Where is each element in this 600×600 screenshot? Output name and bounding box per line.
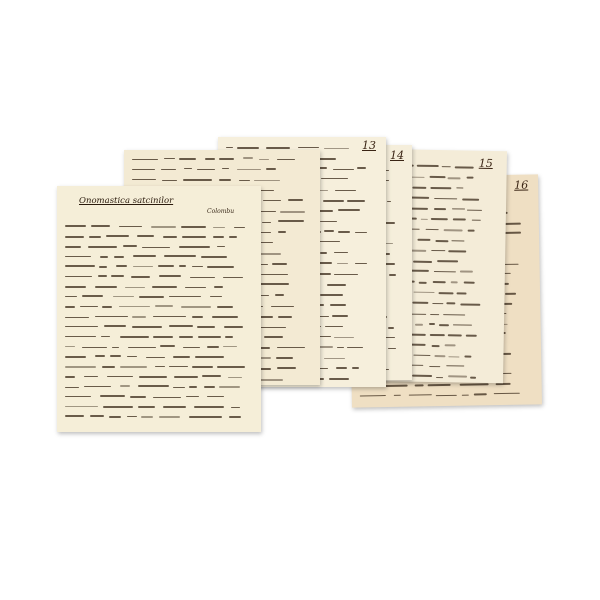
ink-stroke [65,246,81,248]
ink-stroke [414,354,431,356]
ink-stroke [471,219,481,221]
ink-stroke [65,396,91,398]
ink-stroke [127,416,137,418]
ink-stroke [164,255,195,257]
ink-stroke [192,316,204,318]
ink-stroke [266,147,290,149]
ink-stroke [65,256,91,258]
ink-stroke [197,169,214,171]
ink-stroke [222,168,230,170]
ink-stroke [410,176,425,178]
ink-stroke [355,263,367,265]
ink-stroke [219,179,231,181]
ink-stroke [163,406,186,408]
ink-stroke [65,376,75,378]
ink-stroke [470,377,476,379]
ink-stroke [450,281,457,283]
ink-stroke [448,376,467,378]
ink-stroke [142,247,170,249]
ink-stroke [116,265,127,267]
ink-stroke [138,406,155,408]
ink-stroke [119,306,151,308]
ink-stroke [333,169,353,171]
ink-stroke [332,315,348,317]
ink-stroke [272,263,287,265]
ink-stroke [91,225,110,227]
ink-stroke [179,265,187,267]
ink-stroke [288,199,303,201]
ink-stroke [120,385,130,387]
ink-stroke [417,165,438,167]
ink-stroke [229,236,238,238]
ink-stroke [192,366,213,368]
ink-stroke [384,385,408,387]
ink-stroke [412,375,432,377]
ink-stroke [262,222,271,224]
ink-stroke [146,357,166,359]
ink-stroke [130,396,146,398]
ink-stroke [106,235,128,237]
ink-stroke [327,284,346,286]
ink-stroke [447,365,465,367]
ink-stroke [65,225,86,227]
ink-stroke [120,366,147,368]
ink-stroke [65,415,84,417]
ink-stroke [138,385,169,387]
ink-stroke [103,406,133,408]
ink-stroke [207,346,218,348]
ink-stroke [428,384,451,386]
ink-stroke [213,236,224,238]
ink-stroke [219,158,235,160]
ink-stroke [319,190,328,192]
ink-stroke [114,256,124,258]
ink-stroke [192,266,203,268]
ink-stroke [207,266,235,268]
ink-stroke [195,356,223,358]
ink-stroke [173,387,185,389]
ink-stroke [434,198,457,200]
ink-stroke [452,208,465,210]
ink-stroke [102,306,111,308]
ink-stroke [335,190,356,192]
ink-stroke [179,246,209,248]
ink-stroke [82,295,104,297]
ink-stroke [159,416,180,418]
ink-stroke [455,166,473,168]
ink-stroke [323,200,344,202]
ink-stroke [119,226,142,228]
ink-stroke [65,326,98,328]
ink-stroke [65,276,92,278]
ink-stroke [325,326,344,328]
ink-stroke [132,159,158,161]
ink-stroke [182,236,206,238]
ink-stroke [430,176,445,178]
ink-stroke [65,406,98,408]
ink-stroke [449,251,467,253]
ink-stroke [184,168,191,170]
ink-stroke [155,366,164,368]
ink-stroke [261,274,288,276]
ink-stroke [321,178,348,180]
ink-stroke [320,252,327,254]
ink-stroke [113,296,134,298]
ink-stroke [183,347,200,349]
ink-stroke [433,303,444,305]
ink-stroke [132,169,155,171]
ink-stroke [277,367,296,369]
ink-stroke [277,347,305,349]
ink-stroke [197,326,215,328]
ink-stroke [181,226,206,228]
ink-stroke [505,293,515,295]
ink-stroke [212,316,238,318]
ink-stroke [467,230,474,232]
ink-stroke [109,416,121,418]
ink-stroke [98,275,108,277]
ink-stroke [425,228,438,230]
ink-stroke [448,335,461,337]
ink-stroke [210,296,222,298]
ink-stroke [360,395,386,397]
ink-stroke [460,304,480,306]
ink-stroke [337,263,348,265]
ink-stroke [430,365,441,367]
ink-stroke [189,386,197,388]
ink-stroke [444,229,463,231]
ink-stroke [224,326,244,328]
ink-stroke [65,317,89,319]
ink-stroke [320,221,337,223]
ink-stroke [163,236,177,238]
ink-stroke [153,397,181,399]
ink-stroke [179,336,193,338]
ink-stroke [161,169,176,171]
ink-stroke [438,260,458,262]
ink-stroke [207,396,224,398]
ink-stroke [84,376,98,378]
ink-stroke [336,367,347,369]
ink-stroke [237,147,258,149]
ink-stroke [84,386,111,388]
ink-stroke [412,187,426,189]
ink-stroke [258,327,286,329]
ink-stroke [464,281,476,283]
ink-stroke [169,366,189,368]
ink-stroke [334,274,358,276]
ink-stroke [432,345,440,347]
ink-stroke [101,336,110,338]
ink-stroke [394,394,401,396]
ink-stroke [324,230,334,232]
ink-stroke [432,281,445,283]
ink-stroke [65,346,75,348]
ink-stroke [278,316,292,318]
ink-stroke [111,275,124,277]
ink-stroke [82,347,107,349]
ink-stroke [179,158,197,160]
ink-stroke [217,246,225,248]
ink-stroke [228,377,242,379]
ink-stroke [104,325,126,327]
ink-stroke [231,407,240,409]
ink-stroke [276,357,294,359]
ink-stroke [448,356,459,358]
ink-stroke [162,180,177,182]
ink-stroke [132,179,156,181]
ink-stroke [226,147,233,149]
ink-stroke [430,187,451,189]
ink-stroke [198,336,221,338]
ink-stroke [357,167,366,169]
ink-stroke [90,415,104,417]
ink-stroke [89,236,101,238]
ink-stroke [410,334,426,336]
ink-stroke [183,179,211,181]
ink-stroke [461,394,468,396]
ink-stroke [453,324,471,326]
ink-stroke [243,157,253,159]
ink-stroke [324,358,344,360]
ink-stroke [271,306,294,308]
ink-stroke [434,271,457,273]
ink-stroke [411,208,428,210]
ink-stroke [462,199,480,201]
ink-stroke [131,276,150,278]
handwritten-text [65,186,255,432]
ink-stroke [100,395,125,397]
ink-stroke [141,416,153,418]
ink-stroke [189,416,222,418]
ink-stroke [99,266,107,268]
ink-stroke [414,385,424,387]
ink-stroke [102,366,116,368]
ink-stroke [132,326,162,328]
ink-stroke [431,218,448,220]
ink-stroke [169,325,193,327]
ink-stroke [259,159,269,161]
ink-stroke [436,240,449,242]
ink-stroke [254,180,279,182]
ink-stroke [436,394,457,396]
ink-stroke [132,316,145,318]
ink-stroke [234,227,245,229]
ink-stroke [173,356,190,358]
ink-stroke [169,296,201,298]
ink-stroke [434,355,445,357]
ink-stroke [438,292,453,294]
ink-stroke [159,275,181,277]
ink-stroke [125,287,144,289]
ink-stroke [444,345,456,347]
ink-stroke [139,376,168,378]
ink-stroke [466,335,477,337]
ink-stroke [123,245,137,247]
ink-stroke [65,356,86,358]
ink-stroke [213,227,225,229]
ink-stroke [65,306,75,308]
ink-stroke [65,265,95,267]
ink-stroke [65,387,79,389]
ink-stroke [65,366,96,368]
ink-stroke [411,344,426,346]
ink-stroke [459,384,488,386]
ink-stroke [155,305,173,307]
ink-stroke [153,316,186,318]
ink-stroke [429,323,435,325]
ink-stroke [456,187,463,189]
ink-stroke [133,266,154,268]
ink-stroke [419,282,427,284]
ink-stroke [347,347,363,349]
ink-stroke [474,394,487,396]
ink-stroke [204,386,215,388]
ink-stroke [355,232,367,234]
ink-stroke [467,209,482,211]
ink-stroke [65,286,86,288]
ink-stroke [266,168,276,170]
manuscript-page-front: Onomastica satcinilor Colombu [57,186,261,432]
ink-stroke [389,274,395,276]
ink-stroke [413,261,432,263]
ink-stroke [453,218,466,220]
ink-stroke [494,392,519,394]
ink-stroke [436,377,444,379]
ink-stroke [430,334,445,336]
ink-stroke [467,177,473,179]
ink-stroke [95,355,105,357]
ink-stroke [432,250,446,252]
ink-stroke [446,303,455,305]
ink-stroke [205,158,215,160]
ink-stroke [460,271,473,273]
ink-stroke [164,158,174,160]
ink-stroke [201,256,227,258]
ink-stroke [107,376,133,378]
ink-stroke [352,367,359,369]
ink-stroke [65,236,84,238]
ink-stroke [190,277,215,279]
ink-stroke [95,286,117,288]
ink-stroke [430,314,439,316]
ink-stroke [338,231,350,233]
ink-stroke [277,159,294,161]
ink-stroke [415,324,423,326]
ink-stroke [100,256,108,258]
ink-stroke [320,294,343,296]
ink-stroke [65,336,96,338]
ink-stroke [275,294,284,296]
ink-stroke [434,208,446,210]
ink-stroke [278,231,286,233]
ink-stroke [502,372,511,374]
ink-stroke [174,376,197,378]
ink-stroke [217,366,246,368]
ink-stroke [329,378,349,380]
ink-stroke [160,345,176,347]
ink-stroke [442,166,450,168]
ink-stroke [120,336,149,338]
ink-stroke [448,177,461,179]
ink-stroke [185,287,206,289]
ink-stroke [412,302,429,304]
ink-stroke [158,265,173,267]
ink-stroke [127,356,137,358]
ink-stroke [278,220,303,222]
ink-stroke [337,347,343,349]
ink-stroke [186,396,198,398]
ink-stroke [95,316,128,318]
ink-stroke [280,211,305,213]
ink-stroke [237,169,261,171]
ink-stroke [65,296,77,298]
ink-stroke [152,286,177,288]
ink-stroke [451,240,464,242]
ink-stroke [128,347,156,349]
ink-stroke [181,306,211,308]
ink-stroke [388,327,394,329]
ink-stroke [137,235,154,237]
ink-stroke [258,283,288,285]
ink-stroke [338,209,360,211]
ink-stroke [421,219,428,221]
ink-stroke [88,246,118,248]
ink-stroke [214,286,223,288]
ink-stroke [347,200,364,202]
ink-stroke [388,348,396,350]
ink-stroke [217,306,234,308]
ink-stroke [417,239,430,241]
ink-stroke [330,304,345,306]
ink-stroke [151,226,176,228]
ink-stroke [153,336,173,338]
ink-stroke [112,347,120,349]
ink-stroke [223,346,237,348]
ink-stroke [194,406,224,408]
ink-stroke [334,337,354,339]
ink-stroke [223,277,243,279]
ink-stroke [439,324,450,326]
ink-stroke [443,314,466,316]
ink-stroke [133,255,156,257]
ink-stroke [219,386,240,388]
ink-stroke [465,356,472,358]
ink-stroke [334,252,348,254]
ink-stroke [263,200,281,202]
ink-stroke [80,306,98,308]
ink-stroke [324,148,349,150]
ink-stroke [409,394,432,396]
ink-stroke [202,375,222,377]
ink-stroke [413,291,434,293]
ink-stroke [239,180,250,182]
ink-stroke [139,296,164,298]
ink-stroke [110,355,122,357]
ink-stroke [298,147,319,149]
ink-stroke [456,293,466,295]
ink-stroke [264,336,284,338]
ink-stroke [229,416,240,418]
ink-stroke [387,201,391,203]
ink-stroke [225,336,233,338]
